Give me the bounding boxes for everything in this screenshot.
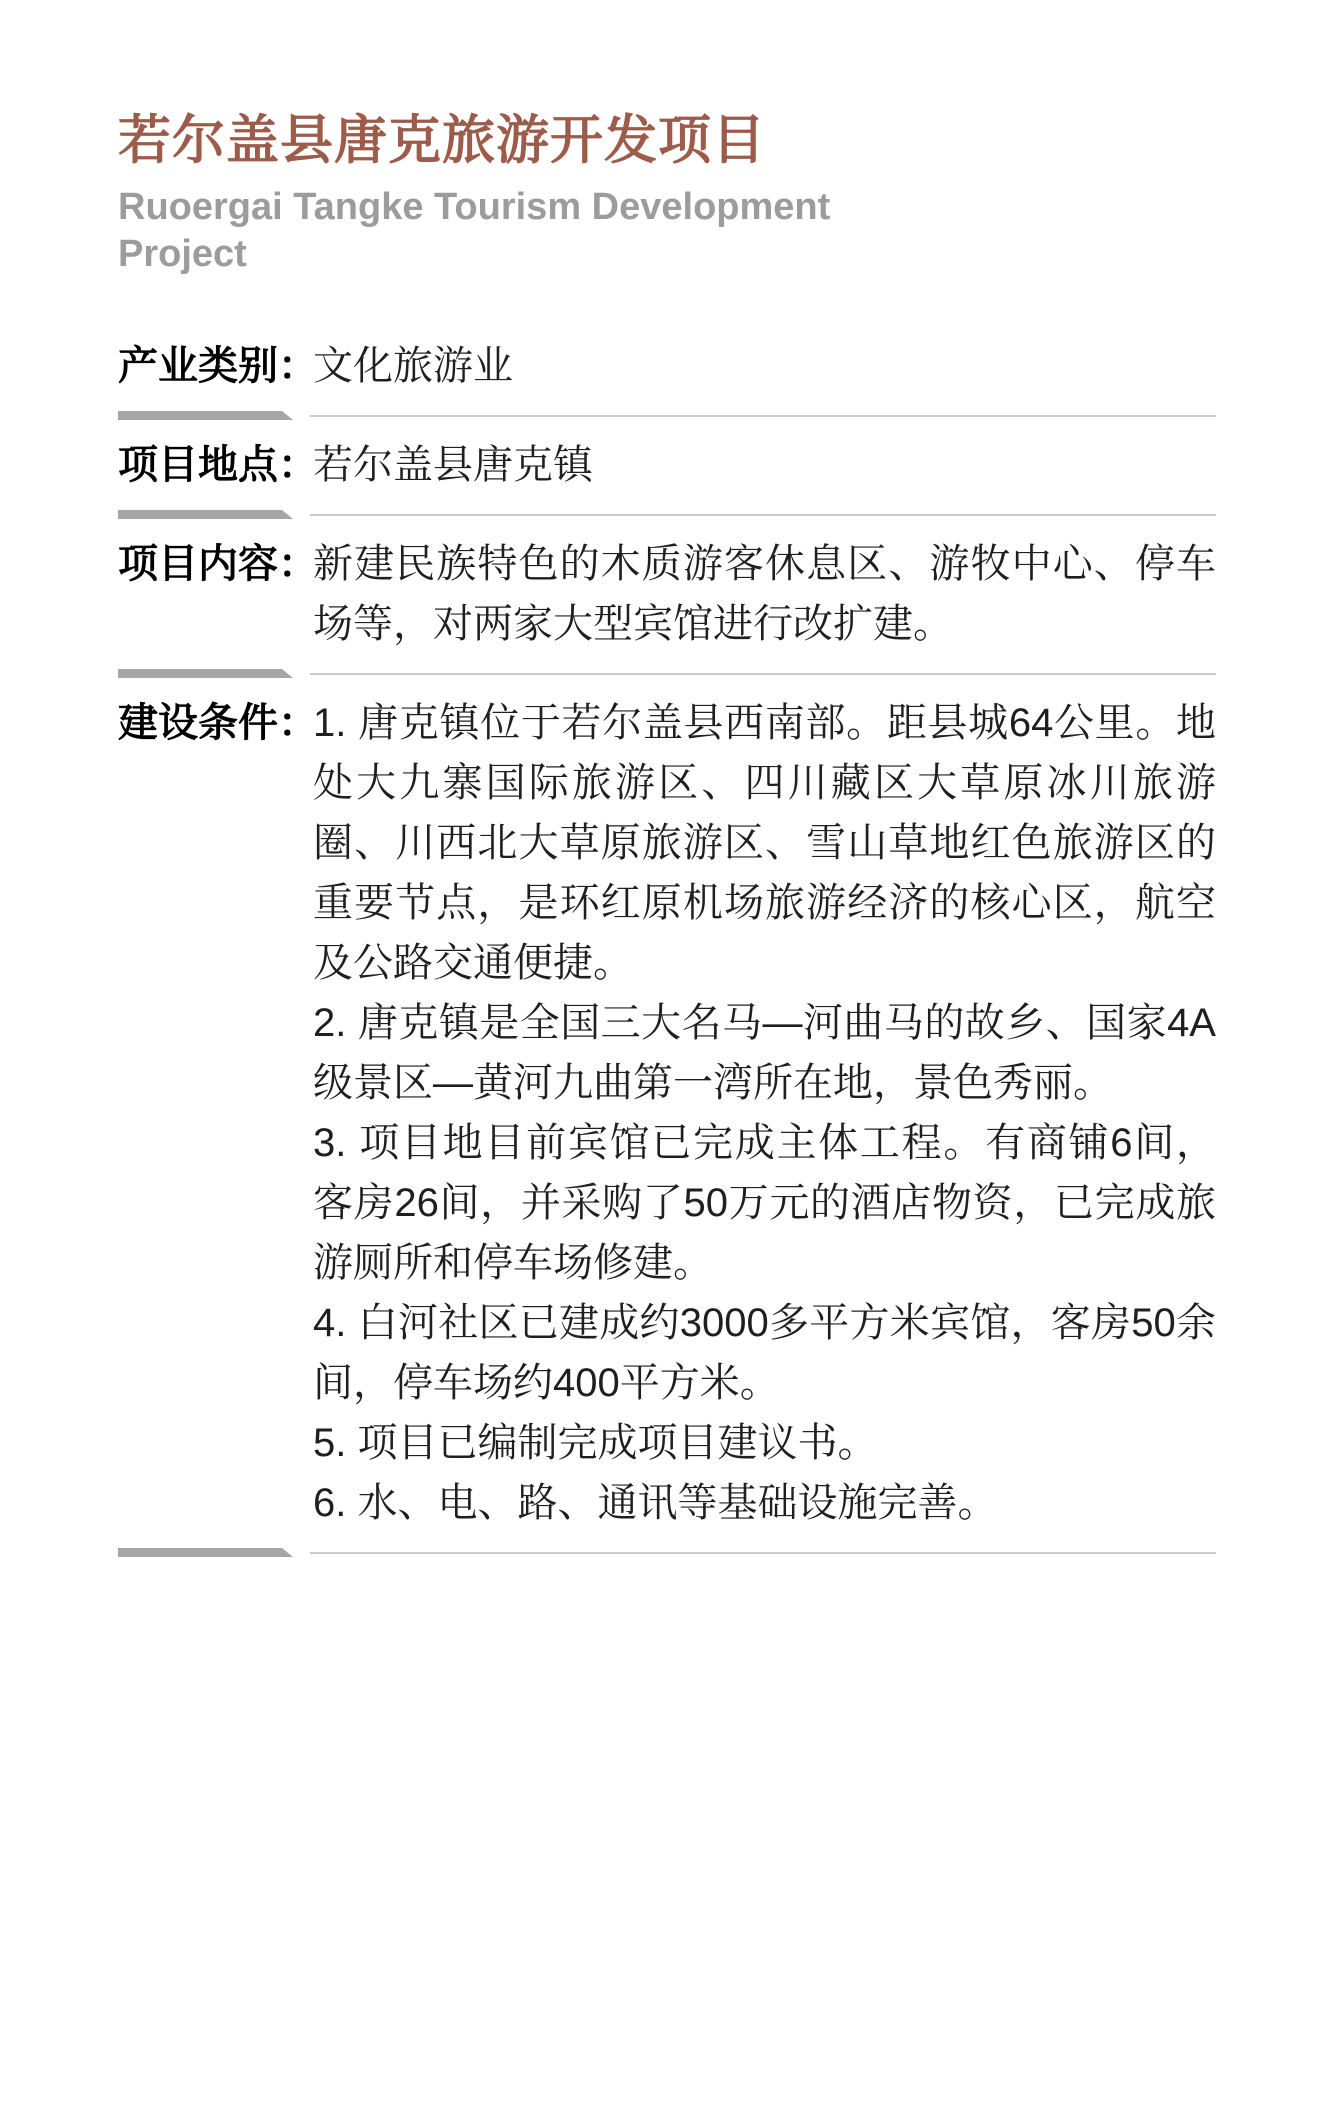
condition-item: 6. 水、电、路、通讯等基础设施完善。 — [313, 1473, 1216, 1533]
divider-line — [310, 415, 1216, 417]
section-row-project-content: 项目内容： 新建民族特色的木质游客休息区、游牧中心、停车场等，对两家大型宾馆进行… — [118, 534, 1216, 654]
section-divider — [118, 510, 1216, 519]
divider-line — [310, 673, 1216, 675]
condition-item: 5. 项目已编制完成项目建议书。 — [313, 1413, 1216, 1473]
section-value-project-location: 若尔盖县唐克镇 — [313, 435, 1216, 495]
condition-item: 1. 唐克镇位于若尔盖县西南部。距县城64公里。地处大九寨国际旅游区、四川藏区大… — [313, 693, 1216, 993]
divider-bar-accent — [118, 510, 293, 519]
section-value-industry-category: 文化旅游业 — [313, 336, 1216, 396]
section-divider — [118, 411, 1216, 420]
section-label-construction-conditions: 建设条件： — [118, 693, 313, 753]
condition-item: 4. 白河社区已建成约3000多平方米宾馆，客房50余间，停车场约400平方米。 — [313, 1293, 1216, 1413]
divider-line — [310, 1552, 1216, 1554]
section-value-construction-conditions: 1. 唐克镇位于若尔盖县西南部。距县城64公里。地处大九寨国际旅游区、四川藏区大… — [313, 693, 1216, 1533]
section-label-project-location: 项目地点： — [118, 435, 313, 495]
section-divider — [118, 1548, 1216, 1557]
condition-item: 3. 项目地目前宾馆已完成主体工程。有商铺6间，客房26间，并采购了50万元的酒… — [313, 1113, 1216, 1293]
divider-bar-accent — [118, 411, 293, 420]
page-title: 若尔盖县唐克旅游开发项目 — [118, 112, 1216, 170]
section-label-industry-category: 产业类别： — [118, 336, 313, 396]
section-row-industry-category: 产业类别： 文化旅游业 — [118, 336, 1216, 396]
divider-line — [310, 514, 1216, 516]
document-page: 若尔盖县唐克旅游开发项目 Ruoergai Tangke Tourism Dev… — [0, 0, 1334, 2102]
section-row-construction-conditions: 建设条件： 1. 唐克镇位于若尔盖县西南部。距县城64公里。地处大九寨国际旅游区… — [118, 693, 1216, 1533]
section-label-project-content: 项目内容： — [118, 534, 313, 594]
divider-bar-accent — [118, 1548, 293, 1557]
info-sections: 产业类别： 文化旅游业 项目地点： 若尔盖县唐克镇 项目内容： 新建民族特色的木… — [118, 336, 1216, 1557]
section-row-project-location: 项目地点： 若尔盖县唐克镇 — [118, 435, 1216, 495]
section-divider — [118, 669, 1216, 678]
page-subtitle-english: Ruoergai Tangke Tourism Development Proj… — [118, 184, 958, 278]
section-value-project-content: 新建民族特色的木质游客休息区、游牧中心、停车场等，对两家大型宾馆进行改扩建。 — [313, 534, 1216, 654]
divider-bar-accent — [118, 669, 293, 678]
condition-item: 2. 唐克镇是全国三大名马—河曲马的故乡、国家4A级景区—黄河九曲第一湾所在地，… — [313, 993, 1216, 1113]
